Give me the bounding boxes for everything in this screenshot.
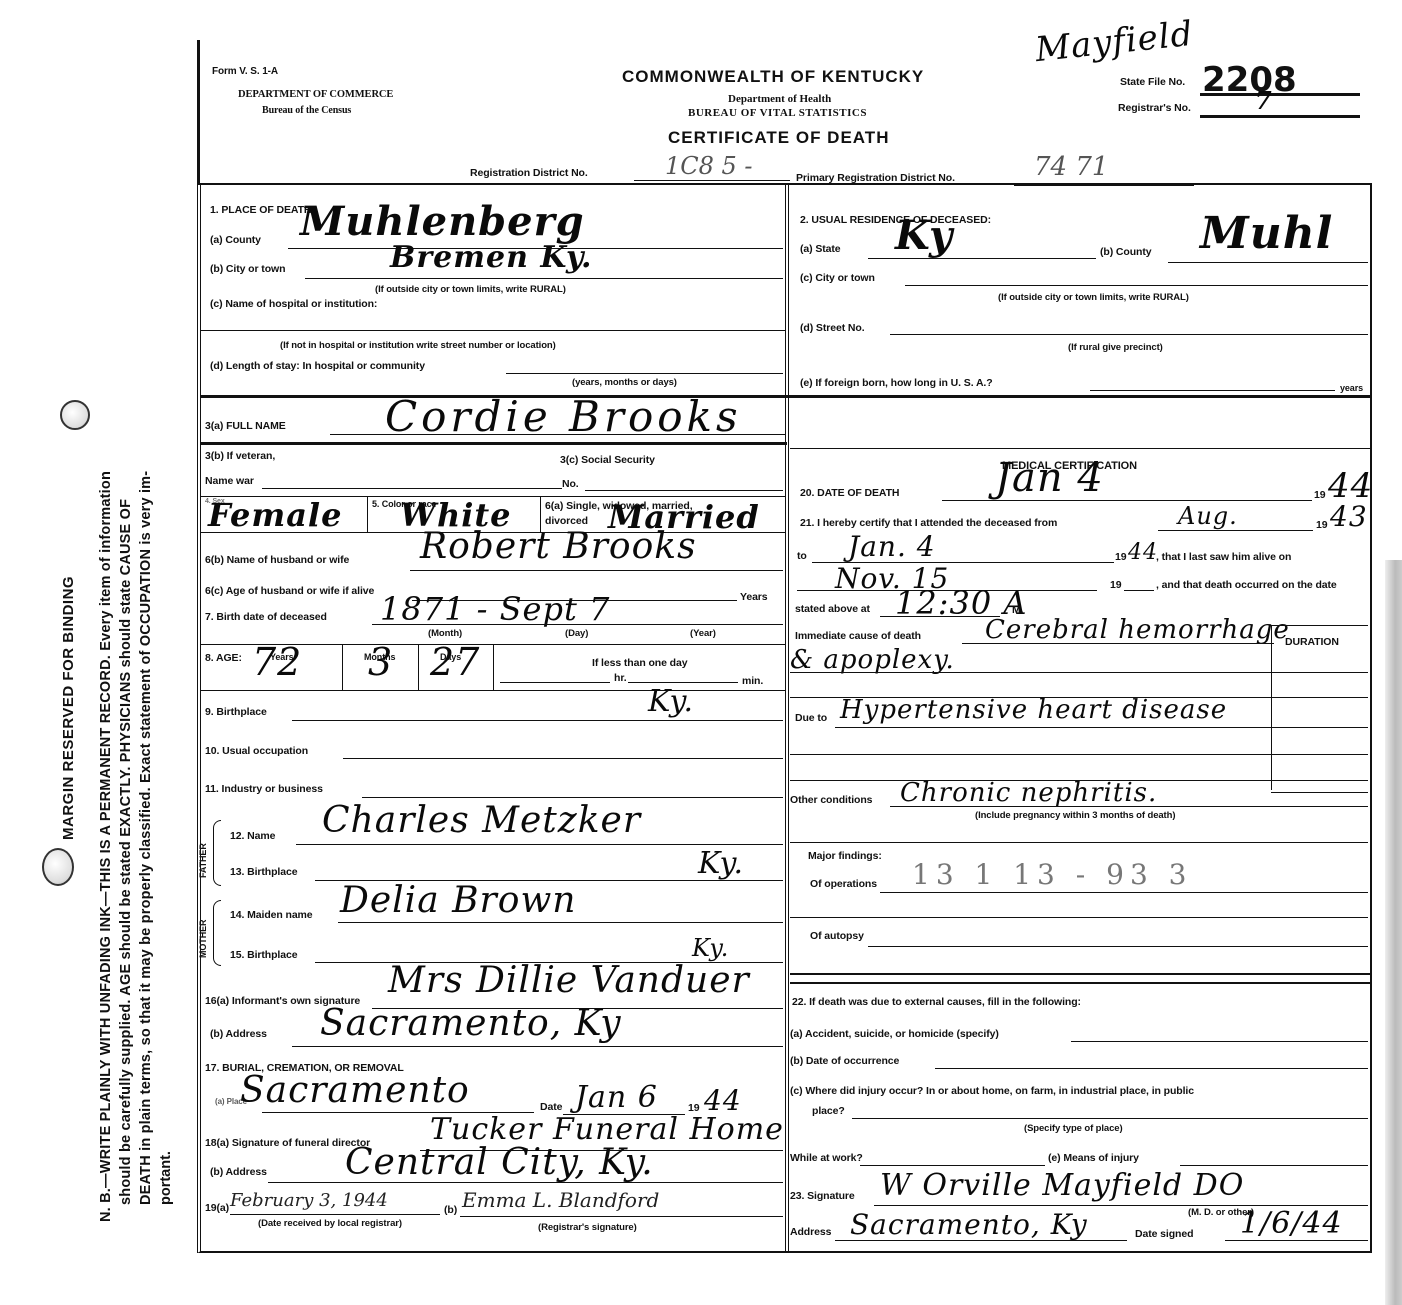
father-name-value[interactable]: Charles Metzker: [322, 800, 641, 841]
state-file-label: State File No.: [1120, 76, 1185, 88]
mother-birthplace-label: 15. Birthplace: [230, 949, 297, 961]
registrar-label: (b): [444, 1204, 457, 1216]
attended-from-year-prefix: 19: [1316, 519, 1327, 531]
foreign-years-unit: years: [1340, 383, 1363, 393]
binding-margin: MARGIN RESERVED FOR BINDING N. B.—WRITE …: [0, 0, 195, 1305]
date-signed-value[interactable]: 1/6/44: [1240, 1206, 1343, 1241]
certificate-title: CERTIFICATE OF DEATH: [668, 128, 889, 148]
city-label: (b) City or town: [210, 263, 285, 275]
funeral-address-value[interactable]: Central City, Ky.: [345, 1142, 654, 1183]
veteran-label: 3(b) If veteran,: [205, 450, 275, 462]
margin-reserved-text: MARGIN RESERVED FOR BINDING: [60, 576, 77, 840]
duration-box-divider: [1271, 625, 1272, 790]
birthplace-value[interactable]: Ky.: [648, 684, 694, 719]
birth-day-hint: (Day): [565, 628, 588, 639]
registrar-signature-value[interactable]: Emma L. Blandford: [462, 1188, 659, 1212]
duration-label: DURATION: [1285, 636, 1339, 648]
reg-district-value: 1C8 5 -: [665, 152, 753, 180]
informant-address-label: (b) Address: [210, 1028, 267, 1040]
injury-place-label: (c) Where did injury occur? In or about …: [790, 1085, 1194, 1097]
residence-state-label: (a) State: [800, 243, 841, 255]
immediate-cause-value[interactable]: Cerebral hemorrhage: [985, 615, 1290, 645]
autopsy-label: Of autopsy: [810, 930, 864, 942]
funeral-address-label: (b) Address: [210, 1166, 267, 1178]
stated-label: stated above at: [795, 603, 870, 615]
veteran-name-label: Name war: [205, 475, 254, 487]
header-frame-edge: [197, 40, 200, 185]
while-at-work-field[interactable]: [860, 1165, 1045, 1166]
full-name-label: 3(a) FULL NAME: [205, 420, 286, 432]
notice-line-1: N. B.—WRITE PLAINLY WITH UNFADING INK—TH…: [98, 471, 114, 1222]
ssn-label: 3(c) Social Security: [560, 454, 655, 466]
occupation-label: 10. Usual occupation: [205, 745, 308, 757]
occurred-label: , and that death occurred on the date: [1156, 579, 1337, 591]
birth-year-hint: (Year): [690, 628, 716, 639]
foreign-born-label: (e) If foreign born, how long in U. S. A…: [800, 377, 993, 389]
signature-label: 23. Signature: [790, 1190, 855, 1202]
stay-label: (d) Length of stay: In hospital or commu…: [210, 360, 425, 372]
accident-field[interactable]: [1071, 1041, 1368, 1042]
attended-from-year[interactable]: 43: [1330, 500, 1368, 533]
death-date-label: 20. DATE OF DEATH: [800, 487, 899, 499]
burial-date-value[interactable]: Jan 6: [575, 1080, 658, 1115]
spouse-label: 6(b) Name of husband or wife: [205, 554, 349, 566]
informant-address-value[interactable]: Sacramento, Ky: [320, 1003, 622, 1044]
spouse-age-unit: Years: [740, 591, 768, 603]
residence-city-label: (c) City or town: [800, 272, 875, 284]
means-of-injury-field[interactable]: [1180, 1165, 1368, 1166]
birth-date-label: 7. Birth date of deceased: [205, 611, 327, 623]
death-date-value[interactable]: Jan 4: [995, 455, 1104, 501]
occurrence-date-field[interactable]: [935, 1068, 1368, 1069]
burial-place-value[interactable]: Sacramento: [240, 1070, 470, 1111]
occurrence-date-label: (b) Date of occurrence: [790, 1055, 899, 1067]
death-year-prefix: 19: [1314, 489, 1325, 501]
father-tag: FATHER: [198, 843, 208, 878]
spouse-value[interactable]: Robert Brooks: [420, 526, 697, 567]
page-edge-shadow: [1385, 560, 1402, 1305]
city-hint: (If outside city or town limits, write R…: [375, 284, 566, 295]
county-label: (a) County: [210, 234, 261, 246]
external-title: 22. If death was due to external causes,…: [792, 996, 1081, 1008]
while-at-work-label: While at work?: [790, 1152, 863, 1164]
bureau-census: Bureau of the Census: [262, 105, 351, 116]
due-to-value[interactable]: Hypertensive heart disease: [840, 695, 1227, 725]
attended-to-year[interactable]: 44: [1128, 540, 1158, 565]
age-years-value[interactable]: 72: [252, 640, 302, 684]
physician-address-label: Address: [790, 1226, 831, 1238]
received-label: 19(a): [205, 1202, 229, 1214]
registrar-hint: (Registrar's signature): [538, 1222, 637, 1233]
birth-date-value[interactable]: 1871 - Sept 7: [380, 590, 610, 628]
less-than-day-label: If less than one day: [592, 657, 687, 669]
registrar-no-label: Registrar's No.: [1118, 102, 1191, 114]
notice-line-2: should be carefully supplied. AGE should…: [118, 499, 134, 1205]
primary-reg-value: 74 71: [1034, 152, 1108, 182]
mother-birthplace-value[interactable]: Ky.: [692, 934, 729, 962]
father-birthplace-value[interactable]: Ky.: [698, 846, 744, 881]
mother-name-label: 14. Maiden name: [230, 909, 313, 921]
residence-state-value[interactable]: Ky: [895, 212, 953, 259]
to-label: to: [797, 550, 807, 562]
form-number: Form V. S. 1-A: [212, 66, 278, 77]
residence-county-value[interactable]: Muhl: [1200, 208, 1333, 259]
operations-label: Of operations: [810, 878, 877, 890]
registrar-no-value: 7: [1255, 86, 1273, 115]
attended-to-value[interactable]: Jan. 4: [848, 530, 936, 563]
stay-hint: (years, months or days): [572, 377, 677, 388]
hospital-hint: (If not in hospital or institution write…: [280, 340, 556, 351]
attended-to-year-prefix: 19: [1115, 551, 1126, 563]
last-saw-label: , that I last saw him alive on: [1156, 551, 1291, 563]
injury-place-hint: (Specify type of place): [1024, 1123, 1123, 1134]
mayfield-annotation: Mayfield: [1033, 14, 1195, 70]
attended-label: 21. I hereby certify that I attended the…: [800, 517, 1057, 529]
major-findings-label: Major findings:: [808, 850, 882, 862]
physician-address-value[interactable]: Sacramento, Ky: [850, 1208, 1088, 1241]
state-title: COMMONWEALTH OF KENTUCKY: [622, 67, 924, 87]
father-birthplace-label: 13. Birthplace: [230, 866, 297, 878]
dept-commerce: DEPARTMENT OF COMMERCE: [238, 89, 393, 100]
sex-value[interactable]: Female: [208, 496, 342, 534]
bureau-vital: BUREAU OF VITAL STATISTICS: [688, 107, 867, 119]
other-conditions-label: Other conditions: [790, 794, 872, 806]
mother-name-value[interactable]: Delia Brown: [340, 880, 576, 921]
physician-signature-value[interactable]: W Orville Mayfield DO: [880, 1168, 1244, 1203]
spouse-age-label: 6(c) Age of husband or wife if alive: [205, 585, 374, 597]
birthplace-label: 9. Birthplace: [205, 706, 267, 718]
injury-place-label-2: place?: [812, 1105, 845, 1117]
operations-value[interactable]: 13 1 13 - 93 3: [912, 858, 1192, 891]
last-saw-year-prefix: 19: [1110, 579, 1121, 591]
hours-label: hr.: [614, 672, 627, 684]
mother-tag: MOTHER: [198, 920, 208, 958]
reg-district-label: Registration District No.: [470, 167, 588, 179]
means-of-injury-label: (e) Means of injury: [1048, 1152, 1139, 1164]
punch-hole-bottom: [42, 848, 74, 886]
industry-label: 11. Industry or business: [205, 783, 323, 795]
other-conditions-hint: (Include pregnancy within 3 months of de…: [975, 810, 1175, 821]
age-label: 8. AGE:: [205, 652, 242, 664]
death-city-value[interactable]: Bremen Ky.: [390, 240, 593, 275]
hospital-label: (c) Name of hospital or institution:: [210, 298, 377, 310]
minutes-label: min.: [742, 675, 763, 687]
immediate-cause-value-2[interactable]: & apoplexy.: [790, 645, 955, 675]
street-label: (d) Street No.: [800, 322, 865, 334]
immediate-cause-label: Immediate cause of death: [795, 630, 921, 642]
due-to-label: Due to: [795, 712, 827, 724]
age-days-value[interactable]: 27: [430, 640, 480, 684]
punch-hole-top: [60, 400, 90, 430]
age-months-value[interactable]: 3: [368, 640, 393, 684]
attended-from-value[interactable]: Aug.: [1178, 502, 1238, 530]
death-county-value[interactable]: Muhlenberg: [300, 198, 585, 245]
residence-city-hint: (If outside city or town limits, write R…: [998, 292, 1189, 303]
street-hint: (If rural give precinct): [1068, 342, 1163, 353]
other-conditions-value[interactable]: Chronic nephritis.: [900, 778, 1157, 808]
father-name-label: 12. Name: [230, 830, 275, 842]
column-divider: [785, 185, 789, 1253]
injury-place-field[interactable]: [852, 1118, 1368, 1119]
received-date-value[interactable]: February 3, 1944: [230, 1190, 388, 1211]
received-hint: (Date received by local registrar): [258, 1218, 402, 1229]
accident-label: (a) Accident, suicide, or homicide (spec…: [790, 1028, 999, 1040]
informant-signature-value[interactable]: Mrs Dillie Vanduer: [388, 960, 750, 1001]
residence-county-label: (b) County: [1100, 246, 1152, 258]
dept-health: Department of Health: [728, 93, 831, 105]
ssn-no-label: No.: [562, 478, 579, 490]
date-signed-label: Date signed: [1135, 1228, 1193, 1240]
notice-line-4: portant.: [158, 1151, 174, 1205]
birth-month-hint: (Month): [428, 628, 462, 639]
notice-line-3: DEATH in plain terms, so that it may be …: [138, 471, 154, 1205]
